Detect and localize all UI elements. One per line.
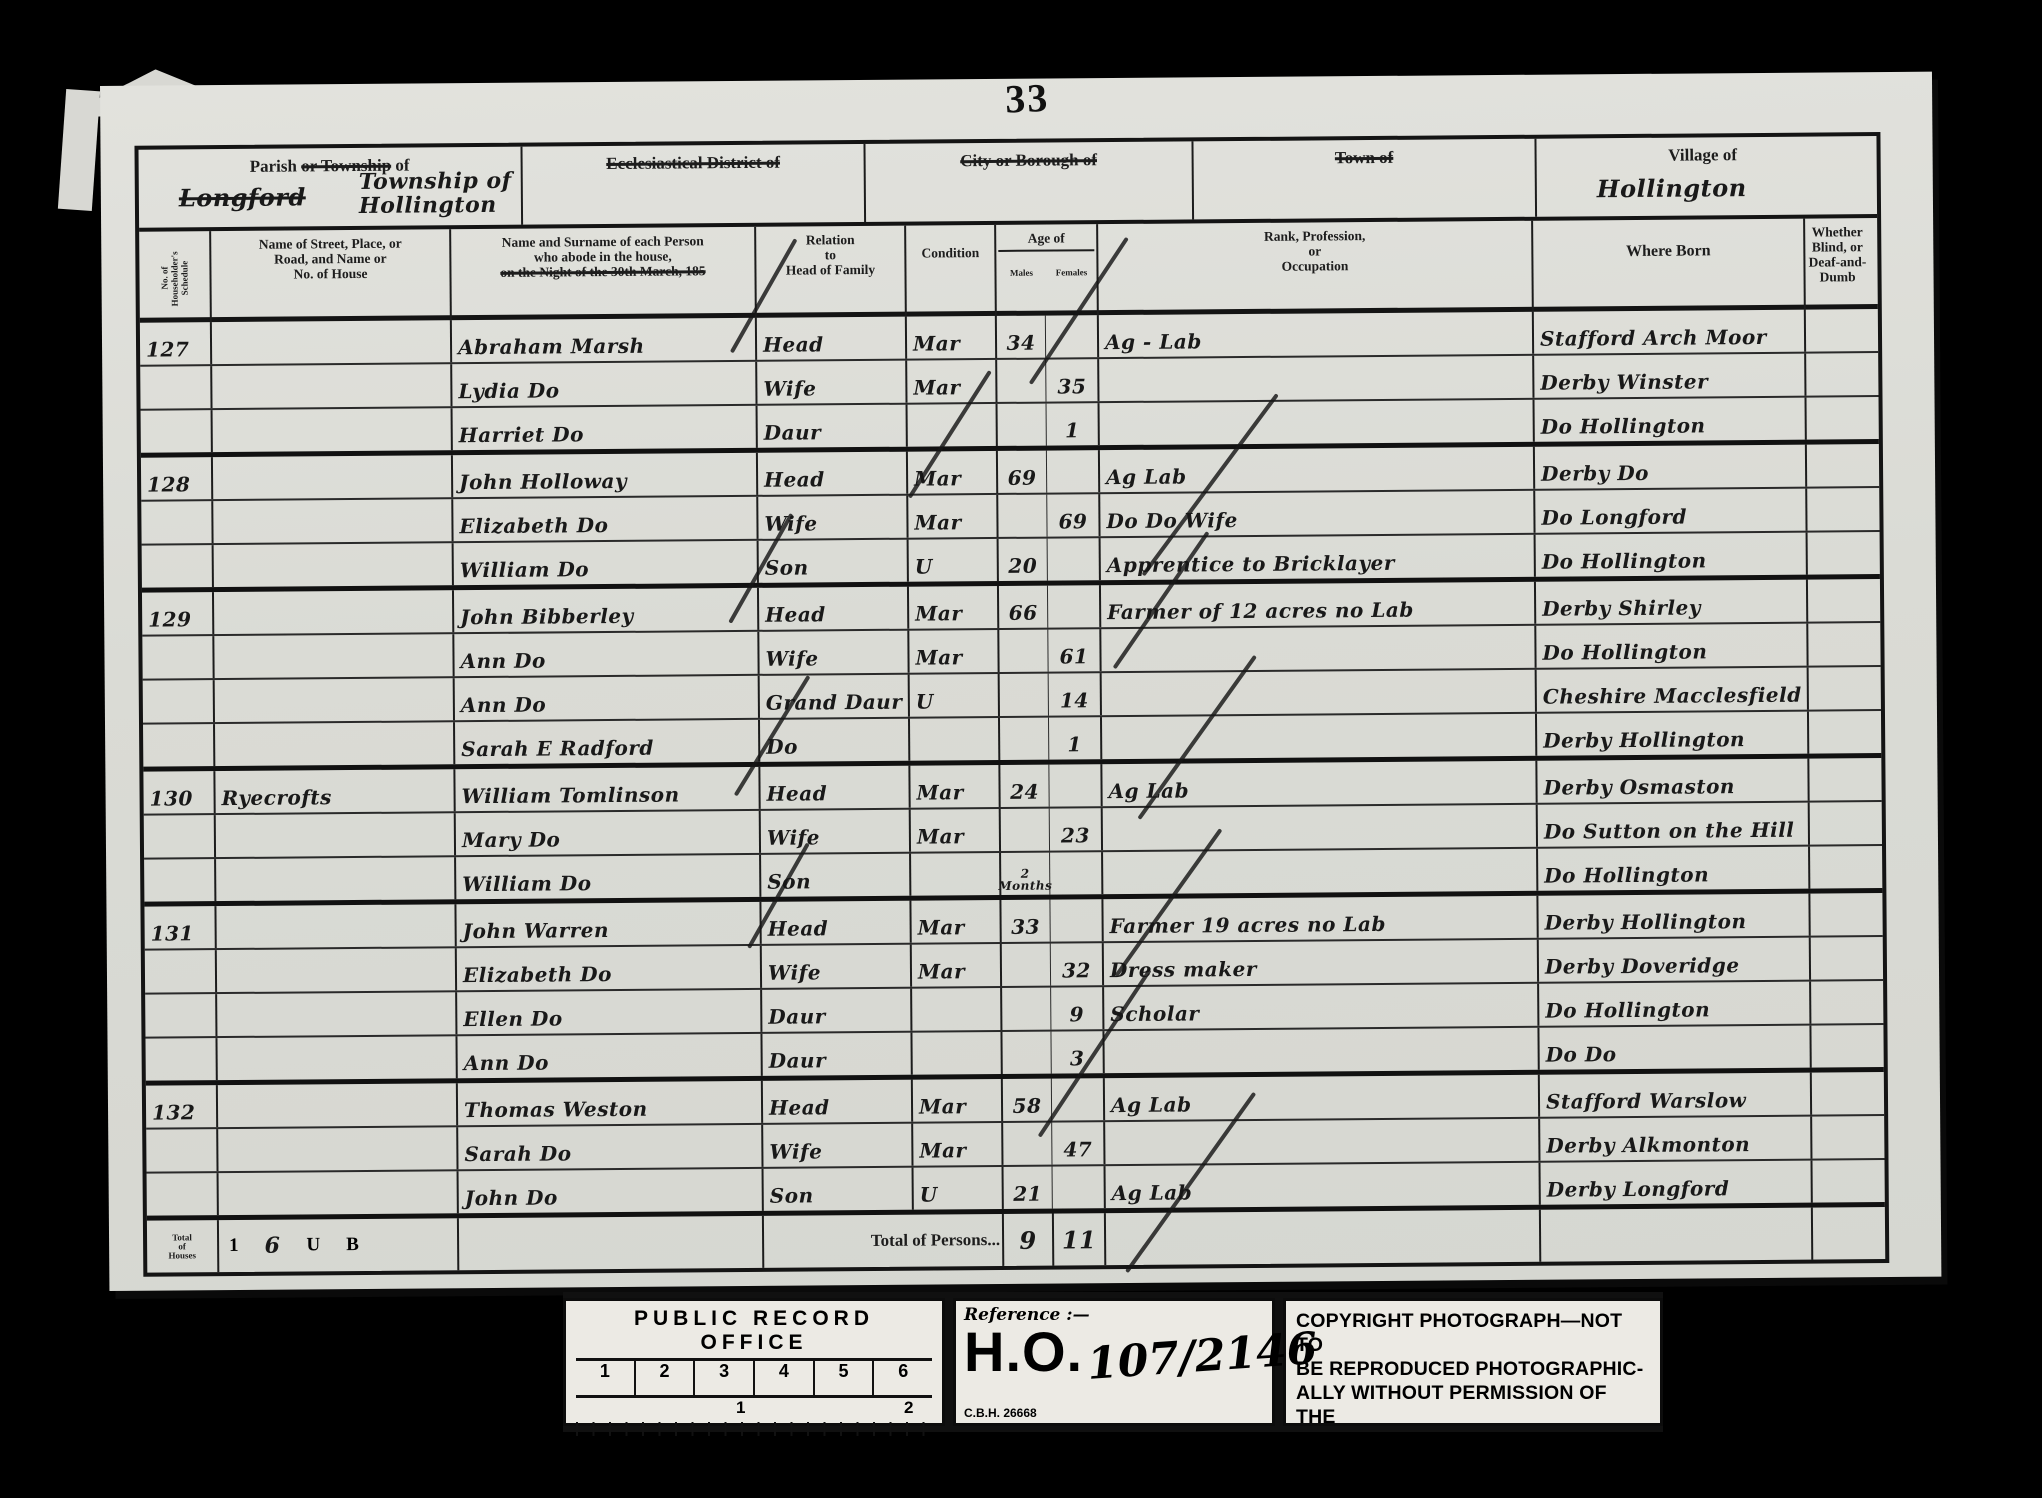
cell-where-born: Derby Shirley — [1534, 580, 1806, 624]
cell-condition — [910, 1032, 1000, 1075]
cell-name: Elizabeth Do — [451, 497, 756, 541]
cell-relation: Daur — [756, 405, 906, 448]
cell-schedule-number — [141, 410, 211, 453]
cell-condition: U — [907, 539, 997, 582]
cell-occupation: Farmer of 12 acres no Lab — [1099, 582, 1534, 627]
cell-street — [214, 813, 454, 857]
cell-street — [216, 1083, 456, 1127]
cell-street — [213, 722, 453, 766]
cell-age-female: 9 — [1050, 987, 1102, 1029]
copyright-notice: COPYRIGHT PHOTOGRAPH—NOT TO BE REPRODUCE… — [1283, 1298, 1663, 1426]
cell-condition: Mar — [906, 451, 996, 494]
cell-where-born: Do Hollington — [1537, 982, 1809, 1026]
cell-age-female — [1049, 899, 1101, 941]
cell-occupation: Ag Lab — [1100, 761, 1535, 806]
cell-occupation — [1099, 626, 1534, 671]
cell-schedule-number — [145, 950, 215, 993]
ruler-cm-scale: 12 — [576, 1400, 932, 1436]
cell-schedule-number: 129 — [142, 592, 212, 635]
cell-age-male — [995, 360, 1045, 402]
census-table: Parish or Township of Longford Township … — [134, 132, 1889, 1277]
cell-blind-deaf — [1810, 1160, 1876, 1203]
cell-age-male — [999, 809, 1049, 851]
cell-schedule-number: 128 — [141, 457, 211, 500]
city-cell: City or Borough of — [863, 141, 1192, 222]
census-page: 33 Parish or Township of Longford Townsh… — [100, 72, 1941, 1291]
cell-where-born: Do Hollington — [1536, 847, 1808, 891]
cell-age-female — [1049, 852, 1101, 894]
cell-blind-deaf — [1805, 444, 1871, 487]
cell-where-born: Do Do — [1537, 1026, 1809, 1070]
cell-street — [214, 857, 454, 901]
cell-occupation — [1101, 805, 1536, 850]
cell-age-male: 2 Months — [999, 853, 1049, 895]
cell-age-female: 69 — [1046, 494, 1098, 536]
cell-name: Elizabeth Do — [455, 946, 760, 990]
cell-where-born: Do Longford — [1533, 489, 1805, 533]
cell-occupation: Apprentice to Bricklayer — [1099, 535, 1534, 580]
cell-name: John Bibberley — [452, 588, 757, 632]
cell-name: Lydia Do — [450, 362, 755, 406]
cell-age-female: 14 — [1048, 673, 1100, 715]
cell-age-male — [997, 630, 1047, 672]
cell-age-male — [1001, 1123, 1051, 1165]
cell-blind-deaf — [1809, 937, 1875, 980]
cell-occupation: Ag Lab — [1104, 1163, 1539, 1208]
cell-occupation: Do Do Wife — [1098, 491, 1533, 536]
cell-relation: Head — [757, 587, 907, 630]
cell-blind-deaf — [1806, 579, 1872, 622]
cell-occupation: Ag - Lab — [1097, 312, 1532, 357]
cell-name: Thomas Weston — [456, 1081, 761, 1125]
cell-age-female — [1047, 585, 1099, 627]
cell-blind-deaf — [1805, 488, 1871, 531]
cell-street — [211, 408, 451, 452]
col-age-females: Females — [1046, 265, 1096, 280]
cell-name: John Do — [457, 1169, 762, 1213]
cell-blind-deaf — [1808, 846, 1874, 889]
col-street: Name of Street, Place, or Road, and Name… — [209, 229, 450, 322]
cell-occupation: Ag Lab — [1098, 447, 1533, 492]
cell-condition: Mar — [907, 630, 997, 673]
totals-spacer — [457, 1216, 762, 1270]
cell-relation: Head — [756, 452, 906, 495]
cell-name: William Do — [454, 855, 759, 899]
cell-relation: Head — [759, 901, 909, 944]
township-value: Township ofHollington — [359, 169, 512, 218]
cell-name: Sarah Do — [456, 1125, 761, 1169]
cell-schedule-number: 127 — [140, 322, 210, 365]
cell-age-male — [1000, 1032, 1050, 1074]
cell-condition: U — [908, 674, 998, 717]
cell-age-female: 35 — [1045, 359, 1097, 401]
village-value: Hollington — [1597, 173, 1747, 203]
cell-condition: Mar — [909, 809, 999, 852]
cell-blind-deaf — [1808, 802, 1874, 845]
cell-age-male: 58 — [1001, 1079, 1051, 1121]
town-cell: Town of — [1191, 139, 1535, 220]
cell-blind-deaf — [1807, 667, 1873, 710]
cell-age-female: 1 — [1048, 717, 1100, 759]
cell-relation: Head — [755, 317, 905, 360]
reference-prefix: H.O. — [964, 1319, 1083, 1384]
cell-blind-deaf — [1808, 893, 1874, 936]
cell-blind-deaf — [1810, 1072, 1876, 1115]
cell-schedule-number: 132 — [146, 1085, 216, 1128]
cell-age-male — [1000, 988, 1050, 1030]
cell-occupation: Ag Lab — [1103, 1075, 1538, 1120]
cell-blind-deaf — [1806, 623, 1872, 666]
cell-condition: Mar — [910, 944, 1000, 987]
cell-relation: Wife — [761, 1124, 911, 1167]
cell-occupation — [1103, 1119, 1538, 1164]
cell-street — [215, 992, 455, 1036]
cell-age-female — [1046, 450, 1098, 492]
cell-age-female — [1047, 538, 1099, 580]
cell-where-born: Derby Doveridge — [1537, 938, 1809, 982]
cell-street — [210, 364, 450, 408]
cell-where-born: Do Hollington — [1534, 624, 1806, 668]
cell-street: Ryecrofts — [213, 769, 453, 813]
cell-age-male: 21 — [1002, 1167, 1052, 1209]
cell-occupation: Farmer 19 acres no Lab — [1101, 896, 1536, 941]
column-header-row: No. of Householder's Schedule Name of St… — [139, 218, 1878, 323]
cell-schedule-number: 130 — [143, 771, 213, 814]
cell-schedule-number — [146, 1129, 216, 1172]
cell-name: John Holloway — [451, 453, 756, 497]
cell-age-female — [1045, 315, 1097, 357]
cell-street — [212, 590, 452, 634]
cell-age-male: 24 — [998, 765, 1048, 807]
cell-relation: Wife — [759, 810, 909, 853]
cell-schedule-number — [144, 815, 214, 858]
cell-name: William Tomlinson — [453, 767, 758, 811]
cell-relation: Son — [757, 540, 907, 583]
cell-age-female — [1048, 764, 1100, 806]
cell-schedule-number — [140, 366, 210, 409]
col-age: Age of MalesFemales — [994, 224, 1097, 316]
cell-name: Abraham Marsh — [450, 318, 755, 362]
pro-ruler: PUBLIC RECORD OFFICE 123456 12 — [563, 1298, 945, 1426]
cell-condition: U — [912, 1167, 1002, 1210]
col-occupation: Rank, Profession, or Occupation — [1096, 221, 1532, 315]
cell-condition: Mar — [911, 1123, 1001, 1166]
city-label: City or Borough of — [960, 150, 1097, 170]
cell-relation: Son — [762, 1168, 912, 1211]
col-blind-deaf: Whether Blind, or Deaf-and- Dumb — [1803, 218, 1870, 310]
parish-cell: Parish or Township of Longford Township … — [139, 147, 522, 228]
ecclesiastical-cell: Ecclesiastical District of — [520, 144, 864, 225]
cell-age-female: 3 — [1050, 1031, 1102, 1073]
census-table-body: 127 Abraham Marsh Head Mar 34 Ag - Lab S… — [140, 309, 1885, 1221]
cell-schedule-number — [145, 1038, 215, 1081]
cell-relation: Grand Daur — [758, 675, 908, 718]
village-label: Village of — [1668, 145, 1737, 165]
col-age-males: Males — [996, 266, 1046, 281]
cell-condition — [906, 404, 996, 447]
cell-street — [215, 948, 455, 992]
cell-name: John Warren — [454, 902, 759, 946]
cell-age-female — [1051, 1078, 1103, 1120]
cell-where-born: Do Hollington — [1534, 533, 1806, 577]
cell-age-male — [1000, 944, 1050, 986]
cell-relation: Daur — [760, 1033, 910, 1076]
cell-age-male — [996, 495, 1046, 537]
cell-relation: Daur — [760, 989, 910, 1032]
cell-name: Ann Do — [452, 632, 757, 676]
cell-age-male — [998, 718, 1048, 760]
cell-occupation — [1101, 849, 1536, 894]
total-persons-males: 9 — [1002, 1214, 1052, 1266]
cell-age-female: 1 — [1046, 403, 1098, 445]
cell-name: William Do — [452, 541, 757, 585]
cell-relation: Wife — [757, 631, 907, 674]
cell-street — [214, 904, 454, 948]
cell-schedule-number — [145, 994, 215, 1037]
cell-name: Ellen Do — [455, 990, 760, 1034]
cell-where-born: Derby Do — [1533, 445, 1805, 489]
cell-blind-deaf — [1807, 711, 1873, 754]
cell-condition — [908, 718, 998, 761]
cell-name: Ann Do — [453, 676, 758, 720]
cell-street — [212, 634, 452, 678]
pro-office-name: PUBLIC RECORD OFFICE — [576, 1307, 932, 1361]
page-number: 33 — [1004, 74, 1050, 123]
cell-relation: Wife — [760, 945, 910, 988]
totals-spacer — [1104, 1210, 1539, 1265]
cell-where-born: Derby Alkmonton — [1538, 1117, 1810, 1161]
col-relation: Relation to Head of Family — [754, 226, 905, 318]
cell-condition: Mar — [907, 586, 997, 629]
cell-occupation — [1100, 670, 1535, 715]
cell-street — [211, 455, 451, 499]
ecclesiastical-label: Ecclesiastical District of — [606, 153, 780, 173]
reference-box: Reference :— H.O. 107/2146 C.B.H. 26668 — [953, 1298, 1275, 1426]
cell-blind-deaf — [1805, 397, 1871, 440]
cell-condition: Mar — [911, 1079, 1001, 1122]
total-houses-value: 1 6 U B — [217, 1218, 457, 1272]
cell-street — [211, 499, 451, 543]
cell-occupation — [1098, 400, 1533, 445]
cell-relation: Head — [761, 1080, 911, 1123]
cell-street — [216, 1127, 456, 1171]
cell-condition: Mar — [905, 316, 995, 359]
totals-spacer — [1539, 1208, 1811, 1262]
cell-blind-deaf — [1807, 758, 1873, 801]
cell-where-born: Derby Hollington — [1536, 894, 1808, 938]
cell-schedule-number — [143, 680, 213, 723]
cell-condition — [909, 853, 999, 896]
cell-where-born: Derby Hollington — [1535, 712, 1807, 756]
cell-name: Ann Do — [455, 1034, 760, 1078]
cell-name: Mary Do — [454, 811, 759, 855]
cell-where-born: Do Sutton on the Hill — [1536, 803, 1808, 847]
cell-blind-deaf — [1804, 309, 1870, 352]
cell-age-female: 32 — [1050, 943, 1102, 985]
cell-schedule-number — [142, 545, 212, 588]
cell-condition: Mar — [906, 495, 996, 538]
cell-schedule-number: 131 — [144, 906, 214, 949]
cell-age-female: 23 — [1049, 808, 1101, 850]
cell-where-born: Derby Longford — [1539, 1161, 1811, 1205]
cell-occupation — [1102, 1028, 1537, 1073]
cell-relation: Do — [758, 719, 908, 762]
cell-relation: Wife — [756, 496, 906, 539]
cell-street — [217, 1171, 457, 1215]
census-photograph: { "page_number": "33", "header": { "pari… — [0, 0, 2042, 1498]
cell-occupation: Scholar — [1102, 984, 1537, 1029]
cell-relation: Wife — [755, 361, 905, 404]
cell-condition: Mar — [909, 900, 999, 943]
cell-blind-deaf — [1804, 353, 1870, 396]
cell-where-born: Derby Winster — [1532, 354, 1804, 398]
col-schedule-no: No. of Householder's Schedule — [139, 231, 210, 323]
cell-where-born: Do Hollington — [1533, 398, 1805, 442]
cell-age-male: 69 — [996, 451, 1046, 493]
cell-schedule-number — [141, 501, 211, 544]
cell-blind-deaf — [1810, 1116, 1876, 1159]
cell-age-female: 47 — [1051, 1122, 1103, 1164]
district-header-row: Parish or Township of Longford Township … — [139, 136, 1878, 232]
town-label: Town of — [1335, 148, 1394, 167]
cell-blind-deaf — [1806, 532, 1872, 575]
cell-where-born: Stafford Arch Moor — [1532, 310, 1804, 354]
cell-street — [213, 678, 453, 722]
cell-where-born: Cheshire Macclesfield — [1535, 668, 1807, 712]
cell-occupation — [1100, 714, 1535, 759]
parish-value: Longford — [179, 182, 306, 212]
cell-name: Sarah E Radford — [453, 720, 758, 764]
cbh-number: C.B.H. 26668 — [964, 1406, 1037, 1420]
cell-age-female: 61 — [1047, 629, 1099, 671]
total-persons-females: 11 — [1052, 1213, 1104, 1265]
total-houses-label: TotalofHouses — [147, 1220, 217, 1273]
ruler-inch-scale: 123456 — [576, 1361, 932, 1398]
cell-relation: Head — [758, 766, 908, 809]
cell-occupation — [1097, 356, 1532, 401]
cell-age-male: 20 — [997, 539, 1047, 581]
cell-occupation: Dress maker — [1102, 940, 1537, 985]
cell-name: Harriet Do — [451, 406, 756, 450]
col-where-born: Where Born — [1531, 219, 1804, 312]
cell-street — [215, 1036, 455, 1080]
cell-age-male — [996, 404, 1046, 446]
cell-condition — [910, 988, 1000, 1031]
cell-street — [212, 543, 452, 587]
cell-age-male — [998, 674, 1048, 716]
col-name: Name and Surname of each Person who abod… — [449, 227, 755, 320]
cell-condition: Mar — [908, 765, 998, 808]
cell-schedule-number — [142, 636, 212, 679]
cell-age-female — [1052, 1166, 1104, 1208]
cell-where-born: Stafford Warslow — [1538, 1073, 1810, 1117]
cell-relation: Son — [759, 854, 909, 897]
total-persons-label: Total of Persons... — [762, 1214, 1002, 1268]
cell-schedule-number — [144, 859, 214, 902]
cell-age-male: 66 — [997, 586, 1047, 628]
cell-street — [210, 320, 450, 364]
cell-blind-deaf — [1809, 1025, 1875, 1068]
cell-age-male: 33 — [999, 900, 1049, 942]
cell-blind-deaf — [1809, 981, 1875, 1024]
cell-condition: Mar — [905, 360, 995, 403]
col-condition: Condition — [904, 225, 995, 317]
pro-stamp: PUBLIC RECORD OFFICE 123456 12 Reference… — [563, 1292, 1663, 1432]
totals-spacer — [1811, 1207, 1877, 1260]
cell-schedule-number — [143, 724, 213, 767]
cell-where-born: Derby Osmaston — [1535, 759, 1807, 803]
cell-age-male: 34 — [995, 316, 1045, 358]
village-cell: Village of Hollington — [1534, 136, 1869, 217]
cell-schedule-number — [147, 1173, 217, 1216]
